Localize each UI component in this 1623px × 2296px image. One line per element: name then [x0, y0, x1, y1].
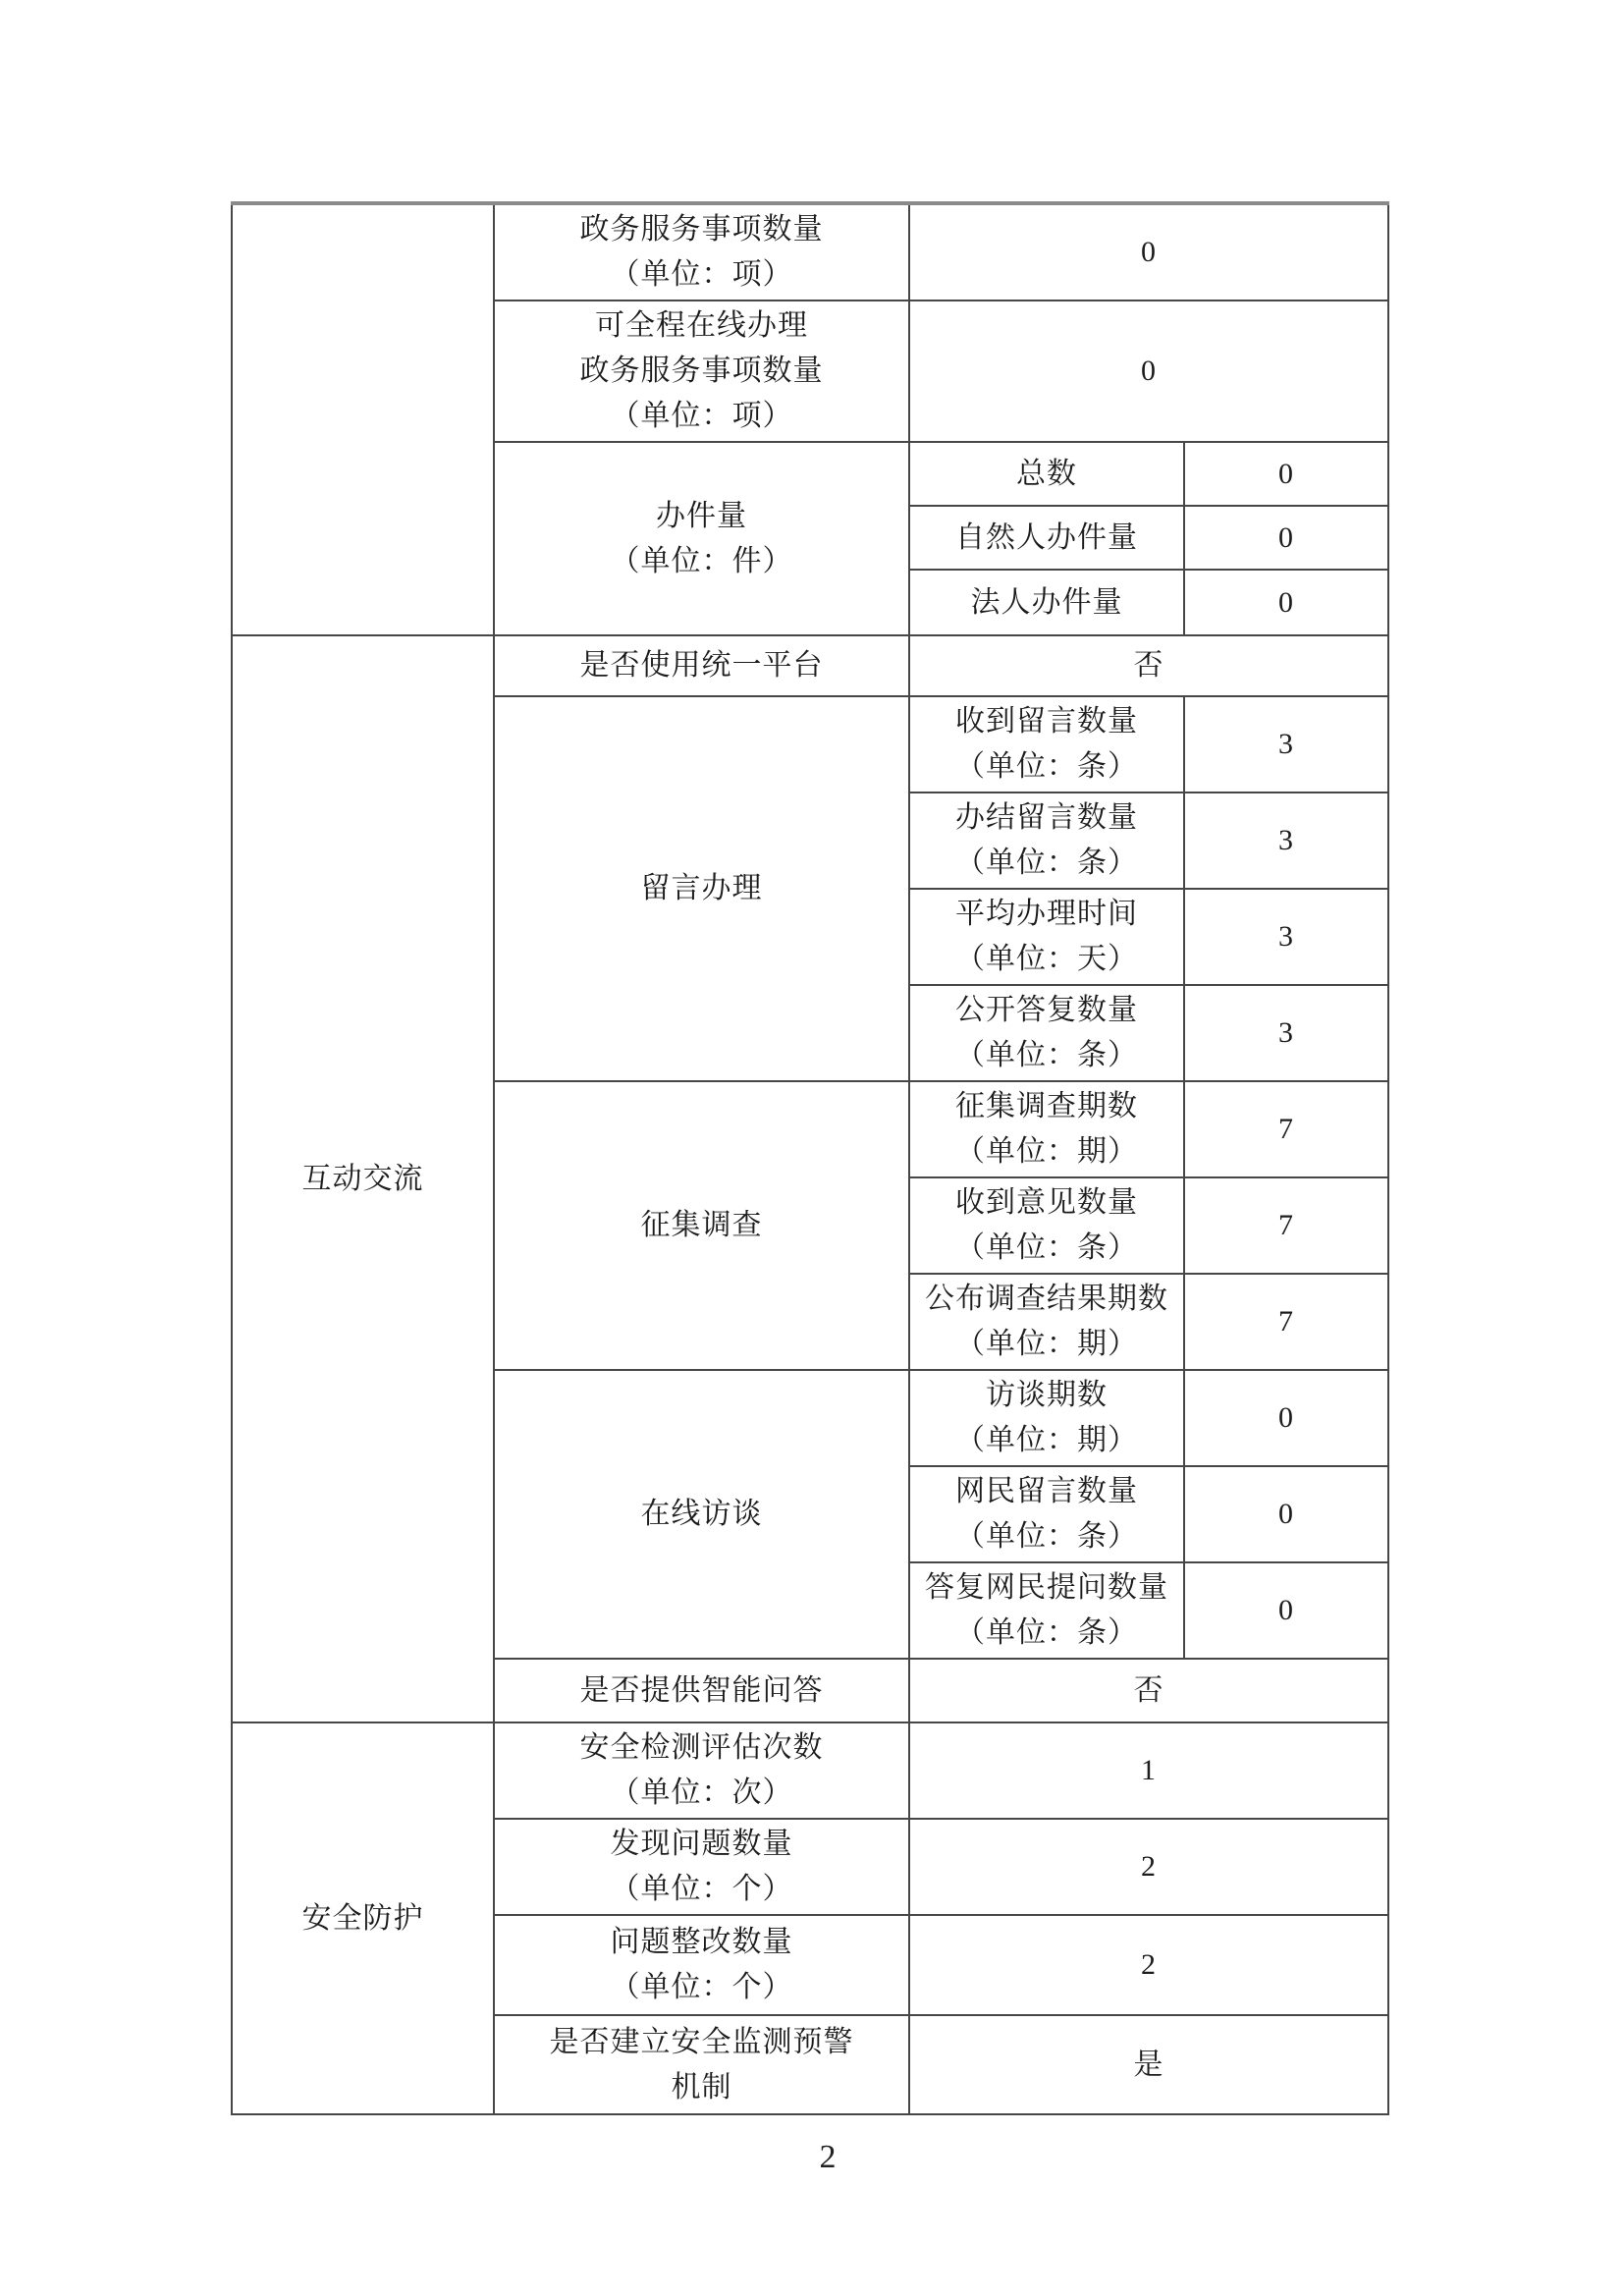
- sublabel-cell: 公开答复数量 （单位：条）: [909, 985, 1184, 1081]
- value-cell: 0: [1184, 1466, 1388, 1562]
- document-page: 政务服务事项数量 （单位：项） 0 可全程在线办理 政务服务事项数量 （单位：项…: [0, 0, 1623, 2296]
- value-cell: 0: [1184, 1562, 1388, 1659]
- value-cell: 2: [909, 1819, 1388, 1915]
- value-cell: 3: [1184, 889, 1388, 985]
- value-cell: 0: [1184, 506, 1388, 570]
- group-label-cell: 在线访谈: [494, 1370, 909, 1659]
- value-cell: 3: [1184, 696, 1388, 793]
- label-cell: 安全检测评估次数 （单位：次）: [494, 1722, 909, 1819]
- value-cell: 0: [1184, 442, 1388, 506]
- report-table: 政务服务事项数量 （单位：项） 0 可全程在线办理 政务服务事项数量 （单位：项…: [231, 201, 1389, 2115]
- value-cell: 3: [1184, 985, 1388, 1081]
- sublabel-cell: 总数: [909, 442, 1184, 506]
- category-cell-continued: [232, 203, 494, 635]
- table-row: 互动交流 是否使用统一平台 否: [232, 635, 1388, 696]
- label-cell: 问题整改数量 （单位：个）: [494, 1915, 909, 2015]
- group-label-cell: 征集调查: [494, 1081, 909, 1370]
- value-cell: 0: [909, 203, 1388, 301]
- value-cell: 3: [1184, 793, 1388, 889]
- category-cell: 互动交流: [232, 635, 494, 1722]
- value-cell: 是: [909, 2015, 1388, 2114]
- table-row: 安全防护 安全检测评估次数 （单位：次） 1: [232, 1722, 1388, 1819]
- label-cell: 发现问题数量 （单位：个）: [494, 1819, 909, 1915]
- sublabel-cell: 平均办理时间 （单位：天）: [909, 889, 1184, 985]
- label-cell: 政务服务事项数量 （单位：项）: [494, 203, 909, 301]
- value-cell: 1: [909, 1722, 1388, 1819]
- label-cell: 是否使用统一平台: [494, 635, 909, 696]
- sublabel-cell: 办结留言数量 （单位：条）: [909, 793, 1184, 889]
- group-label-cell: 留言办理: [494, 696, 909, 1081]
- sublabel-cell: 收到意见数量 （单位：条）: [909, 1177, 1184, 1274]
- page-number: 2: [820, 2139, 837, 2176]
- label-cell: 可全程在线办理 政务服务事项数量 （单位：项）: [494, 301, 909, 442]
- value-cell: 否: [909, 1659, 1388, 1722]
- table-row: 政务服务事项数量 （单位：项） 0: [232, 203, 1388, 301]
- value-cell: 2: [909, 1915, 1388, 2015]
- sublabel-cell: 自然人办件量: [909, 506, 1184, 570]
- group-label-cell: 办件量 （单位：件）: [494, 442, 909, 635]
- sublabel-cell: 法人办件量: [909, 570, 1184, 635]
- sublabel-cell: 收到留言数量 （单位：条）: [909, 696, 1184, 793]
- label-cell: 是否提供智能问答: [494, 1659, 909, 1722]
- category-cell: 安全防护: [232, 1722, 494, 2114]
- value-cell: 0: [909, 301, 1388, 442]
- label-cell: 是否建立安全监测预警 机制: [494, 2015, 909, 2114]
- value-cell: 0: [1184, 1370, 1388, 1466]
- value-cell: 0: [1184, 570, 1388, 635]
- value-cell: 7: [1184, 1177, 1388, 1274]
- sublabel-cell: 网民留言数量 （单位：条）: [909, 1466, 1184, 1562]
- value-cell: 7: [1184, 1081, 1388, 1177]
- sublabel-cell: 访谈期数 （单位：期）: [909, 1370, 1184, 1466]
- sublabel-cell: 征集调查期数 （单位：期）: [909, 1081, 1184, 1177]
- value-cell: 否: [909, 635, 1388, 696]
- sublabel-cell: 公布调查结果期数 （单位：期）: [909, 1274, 1184, 1370]
- value-cell: 7: [1184, 1274, 1388, 1370]
- sublabel-cell: 答复网民提问数量 （单位：条）: [909, 1562, 1184, 1659]
